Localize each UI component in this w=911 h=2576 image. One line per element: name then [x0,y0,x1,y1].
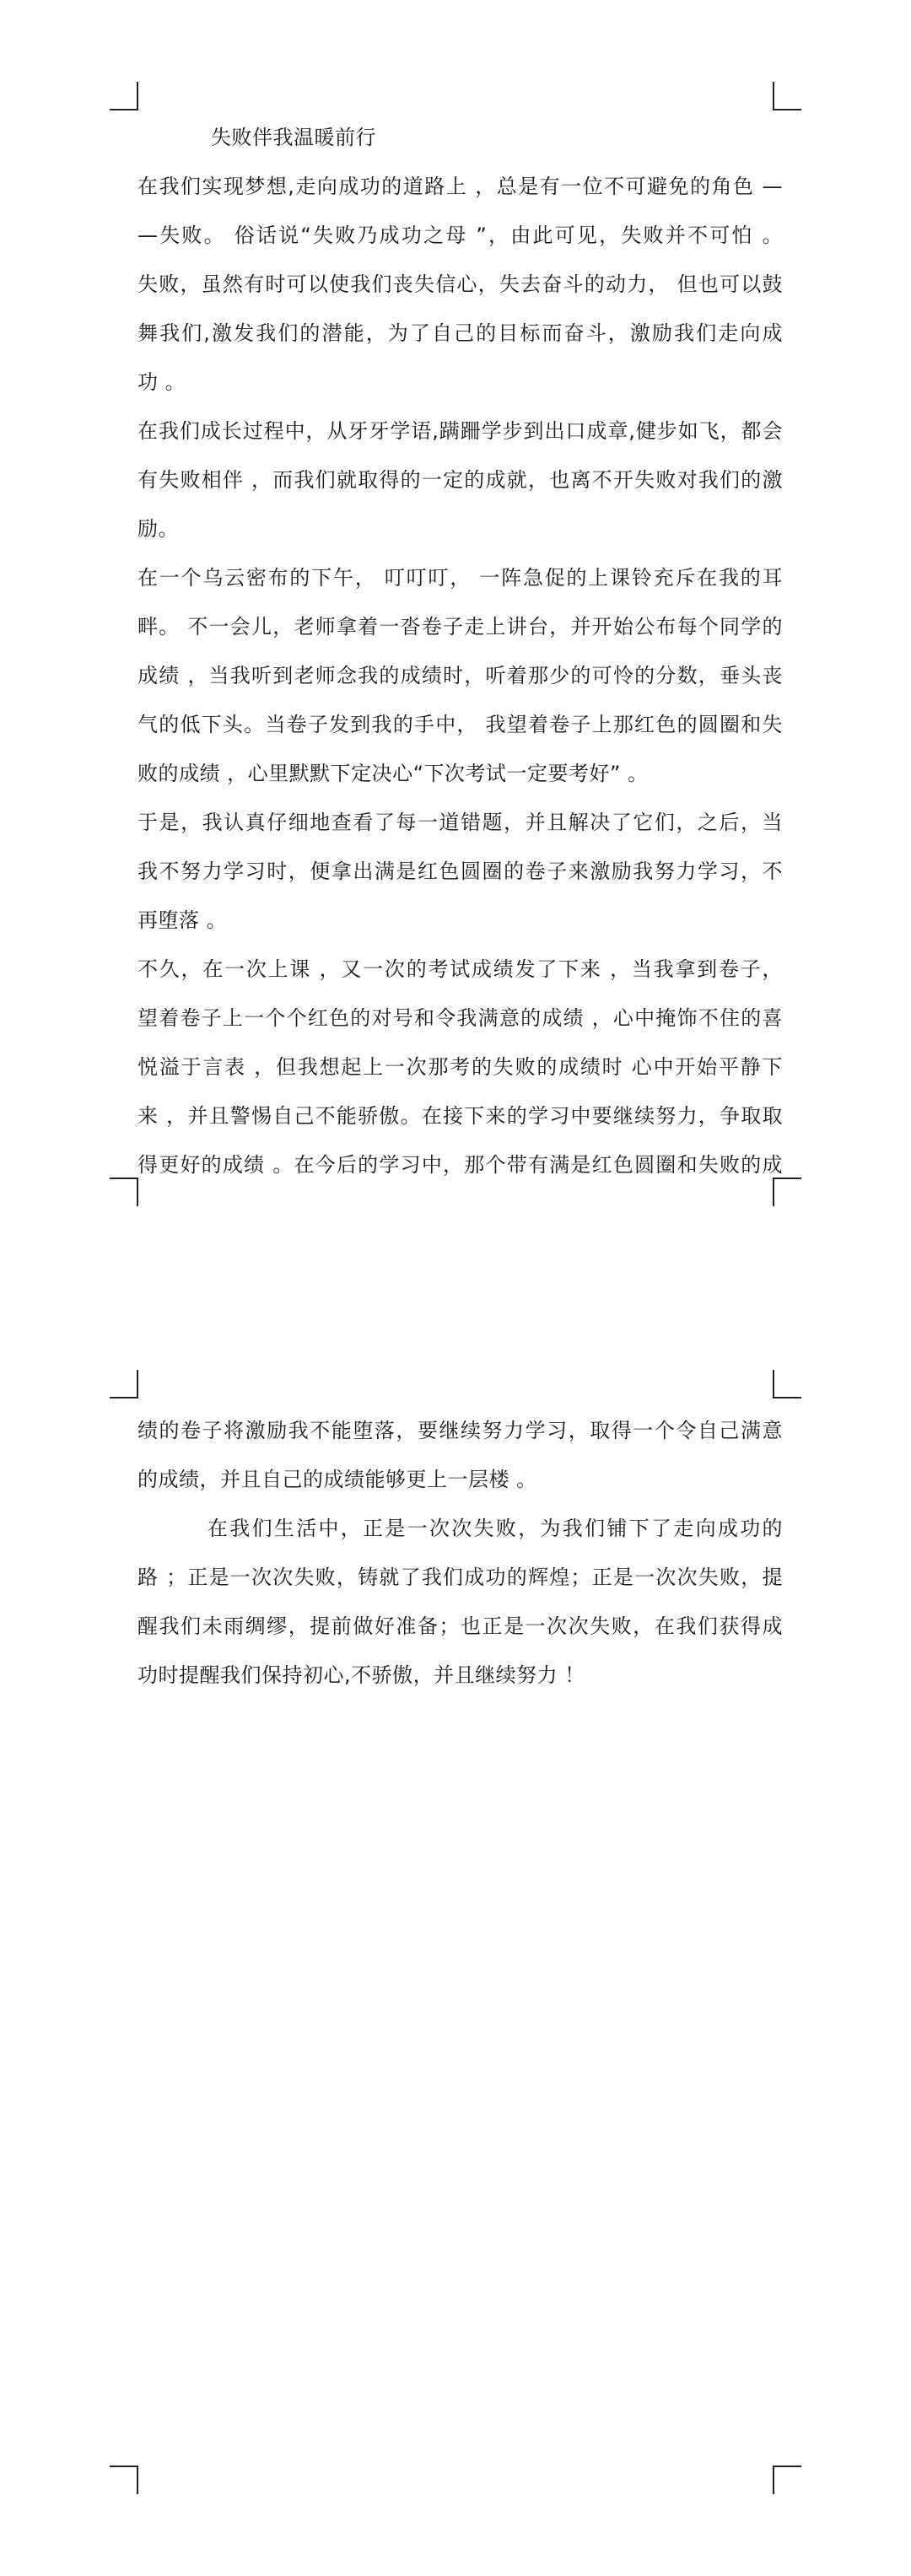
text-line: 绩的卷子将激励我不能堕落，要继续努力学习，取得一个令自己满意 [137,1414,783,1447]
text-line: 舞我们,激发我们的潜能，为了自己的目标而奋斗，激励我们走向成 [137,316,783,350]
text-line: 畔。 不一会儿，老师拿着一沓卷子走上讲台，并开始公布每个同学的 [137,610,783,644]
text-line: 来 ，并且警惕自己不能骄傲。在接下来的学习中要继续努力，争取取 [137,1099,783,1133]
text-line-indented: 在我们生活中，正是一次次失败，为我们铺下了走向成功的 [208,1512,783,1545]
text-line: 功时提醒我们保持初心,不骄傲，并且继续努力 ！ [137,1658,783,1692]
text-line: 望着卷子上一个个红色的对号和令我满意的成绩 ，心中掩饰不住的喜 [137,1001,783,1035]
document-page-1: 失败伴我温暖前行 在我们实现梦想,走向成功的道路上 ，总是有一位不可避免的角色 … [0,0,911,1288]
text-line: 得更好的成绩 。在今后的学习中，那个带有满是红色圆圈和失败的成 [137,1148,783,1182]
text-line: 败的成绩 ，心里默默下定决心“下次考试一定要考好” 。 [137,757,783,790]
text-line: 醒我们未雨绸缪，提前做好准备；也正是一次次失败，在我们获得成 [137,1609,783,1643]
crop-mark-bottom-left [110,1178,138,1206]
text-line: 在一个乌云密布的下午， 叮叮叮， 一阵急促的上课铃充斥在我的耳 [137,561,783,595]
text-line: 气的低下头。当卷子发到我的手中， 我望着卷子上那红色的圆圈和失 [137,708,783,741]
crop-mark-top-left [110,1370,138,1398]
text-line: 成绩 ，当我听到老师念我的成绩时，听着那少的可怜的分数，垂头丧 [137,659,783,693]
crop-mark-bottom-left [110,2466,138,2494]
crop-mark-bottom-right [773,1178,801,1206]
crop-mark-top-left [110,82,138,110]
text-line: 路 ；正是一次次失败，铸就了我们成功的辉煌；正是一次次失败，提 [137,1560,783,1594]
text-line: 功 。 [137,365,783,399]
text-line: 在我们成长过程中，从牙牙学语,蹒跚学步到出口成章,健步如飞，都会 [137,414,783,448]
text-line: 在我们实现梦想,走向成功的道路上 ，总是有一位不可避免的角色 — [137,170,783,203]
text-line: —失败。 俗话说“失败乃成功之母 ”，由此可见，失败并不可怕 。 [137,218,783,252]
text-line: 于是，我认真仔细地查看了每一道错题，并且解决了它们，之后，当 [137,806,783,839]
document-page-2: 绩的卷子将激励我不能堕落，要继续努力学习，取得一个令自己满意 的成绩，并且自己的… [0,1288,911,2576]
crop-mark-top-right [773,82,801,110]
crop-mark-bottom-right [773,2466,801,2494]
text-line: 励。 [137,512,783,546]
crop-mark-top-right [773,1370,801,1398]
text-line: 悦溢于言表 ，但我想起上一次那考的失败的成绩时 心中开始平静下 [137,1050,783,1084]
document-title: 失败伴我温暖前行 [211,121,376,154]
text-line: 有失败相伴 ，而我们就取得的一定的成就，也离不开失败对我们的激 [137,463,783,497]
text-line: 再堕落 。 [137,903,783,937]
text-line: 的成绩，并且自己的成绩能够更上一层楼 。 [137,1463,783,1496]
text-line: 不久，在一次上课 ，又一次的考试成绩发了下来 ，当我拿到卷子， [137,952,783,986]
text-line: 我不努力学习时，便拿出满是红色圆圈的卷子来激励我努力学习，不 [137,854,783,888]
text-line: 失败，虽然有时可以使我们丧失信心，失去奋斗的动力， 但也可以鼓 [137,267,783,301]
